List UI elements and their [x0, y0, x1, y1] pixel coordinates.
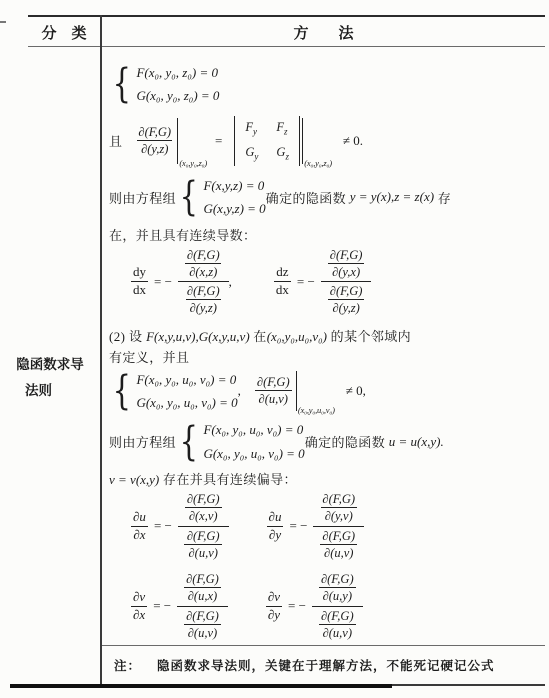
lhs-fraction: ∂v ∂y [266, 589, 282, 624]
equation-F0: F(x₀, y₀, u₀, v₀) = 0 [136, 368, 237, 391]
note-text: 隐函数求导法则，关键在于理解方法，不能死记硬记公式 [157, 656, 495, 674]
jacobian-numerator: ∂(F,G) [134, 124, 175, 140]
nested-fraction: ∂(F,G)∂(x,v) ∂(F,G)∂(u,v) [178, 490, 229, 562]
equals-minus: = − [297, 274, 315, 290]
note-label: 注： [114, 656, 141, 674]
header-category: 分 类 [28, 22, 100, 43]
lhs-fraction: dz dx [274, 264, 291, 299]
equals-minus: = − [289, 518, 307, 534]
jacobian-denominator: ∂(y,z) [137, 140, 172, 157]
table-top-border [28, 15, 545, 17]
jacobian-fraction-uv: ∂(F,G) ∂(u,v) [253, 374, 294, 408]
jacobian-condition-1: 且 ∂(F,G) ∂(y,z) (x₀,y₀,z₀) = Fy Fz Gy Gz… [109, 116, 545, 166]
evaluation-bar: (x₀,y₀,u₀,v₀) [296, 371, 335, 411]
brace-system: { F(x₀, y₀, z₀) = 0 G(x₀, y₀, z₀) = 0 [109, 61, 219, 108]
partial-du-dy: ∂u ∂y = − ∂(F,G)∂(y,v) ∂(F,G)∂(u,v) [267, 490, 365, 562]
lhs-fraction: ∂v ∂x [131, 589, 147, 624]
det-cell-Gy: Gy [245, 145, 258, 162]
nested-fraction: ∂(F,G)∂(y,v) ∂(F,G)∂(u,v) [313, 490, 364, 562]
conclusion-1: 则由方程组 { F(x,y,z) = 0 G(x,y,z) = 0 确定的隐函数… [109, 174, 545, 221]
part2-intro: (2) 设 F(x,y,u,v),G(x,y,u,v) 在(x₀,y₀,u₀,v… [109, 326, 545, 345]
equation-F0: F(x₀, y₀, u₀, v₀) = 0 [203, 418, 304, 441]
equals-minus: = − [153, 598, 171, 614]
brace-system: { F(x₀, y₀, u₀, v₀) = 0 G(x₀, y₀, u₀, v₀… [176, 418, 305, 465]
continuity-sentence-1: 在，并且具有连续导数： [109, 225, 545, 244]
category-cell: 隐函数求导 法则 [0, 352, 100, 403]
nonzero-condition: ≠ 0. [343, 133, 363, 149]
outer-numerator: ∂(F,G) ∂(x,z) [178, 246, 229, 282]
equation-F: F(x,y,z) = 0 [203, 174, 265, 197]
table-bottom-border-right [392, 684, 545, 686]
nested-fraction: ∂(F,G) ∂(y,x) ∂(F,G) ∂(y,z) [321, 246, 372, 318]
partial-dv-dx: ∂v ∂x = − ∂(F,G)∂(u,x) ∂(F,G)∂(u,v) [131, 570, 228, 642]
table-bottom-border-left [10, 684, 392, 688]
equals-minus: = − [154, 518, 172, 534]
nested-fraction: ∂(F,G)∂(u,x) ∂(F,G)∂(u,v) [177, 570, 228, 642]
implicit-functions-expr: y = y(x),z = z(x) [350, 189, 434, 205]
inner-fraction: ∂(F,G) ∂(x,z) [183, 247, 224, 281]
evaluation-point: (x₀,y₀,z₀) [179, 158, 207, 168]
evaluation-point: (x₀,y₀,z₀) [304, 158, 332, 168]
nonzero-condition: ≠ 0, [346, 383, 366, 399]
left-brace: { [113, 372, 131, 410]
jacobian-numerator: ∂(F,G) [253, 374, 294, 390]
det-cell-Fz: Fz [276, 120, 289, 137]
comma: , [238, 383, 241, 399]
evaluation-bar: (x₀,y₀,z₀) [177, 118, 207, 164]
vertical-bar [177, 118, 178, 164]
comma: , [229, 274, 232, 290]
system-initial-conditions: { F(x₀, y₀, z₀) = 0 G(x₀, y₀, z₀) = 0 [109, 61, 545, 108]
at-text: 在 [250, 329, 267, 344]
partial-derivatives-v: ∂v ∂x = − ∂(F,G)∂(u,x) ∂(F,G)∂(u,v) ∂v ∂… [131, 570, 545, 642]
outer-denominator: ∂(F,G) ∂(y,z) [321, 281, 372, 318]
equation-G0: G(x₀, y₀, z₀) = 0 [136, 84, 219, 107]
partial-du-dx: ∂u ∂x = − ∂(F,G)∂(x,v) ∂(F,G)∂(u,v) [131, 490, 229, 562]
function-v-expr: v = v(x,y) [109, 472, 159, 487]
equation-G0: G(x₀, y₀, u₀, v₀) = 0 [203, 442, 304, 465]
numerator: dz [274, 264, 290, 281]
det-cell-Gz: Gz [276, 145, 289, 162]
equation-G: G(x,y,z) = 0 [203, 197, 265, 220]
det-cell-Fy: Fy [245, 120, 258, 137]
inner-fraction: ∂(F,G) ∂(y,z) [183, 283, 224, 317]
vertical-bar [296, 371, 297, 411]
system-lines: F(x,y,z) = 0 G(x,y,z) = 0 [203, 174, 265, 221]
lhs-fraction: ∂u ∂x [131, 509, 148, 544]
inner-fraction: ∂(F,G) ∂(y,x) [326, 247, 367, 281]
lhs-fraction: ∂u ∂y [267, 509, 284, 544]
brace-system: { F(x₀, y₀, u₀, v₀) = 0 G(x₀, y₀, u₀, v₀… [109, 368, 238, 415]
derivative-dy-dx: dy dx = − ∂(F,G) ∂(x,z) ∂(F,G) ∂(y,z [131, 246, 232, 318]
part2-intro-line2: 有定义，并且 [109, 347, 545, 366]
exists-partial-text: 存在并具有连续偏导： [159, 472, 297, 487]
method-cell: { F(x₀, y₀, z₀) = 0 G(x₀, y₀, z₀) = 0 且 … [100, 47, 549, 645]
equals-sign: = [215, 133, 222, 149]
point-tuple: (x₀,y₀,u₀,v₀) [267, 329, 327, 344]
nested-fraction: ∂(F,G)∂(u,y) ∂(F,G)∂(u,v) [312, 570, 363, 642]
outer-denominator: ∂(F,G) ∂(y,z) [178, 281, 229, 318]
evaluation-bar: (x₀,y₀,z₀) [302, 118, 332, 164]
header-method: 方 法 [102, 22, 545, 43]
jacobian-denominator: ∂(u,v) [255, 390, 292, 407]
equals-minus: = − [154, 274, 172, 290]
determined-functions-text: 确定的隐函数 [266, 188, 350, 207]
left-brace: { [180, 178, 198, 216]
inner-fraction: ∂(F,G) ∂(y,z) [326, 283, 367, 317]
category-line2: 法则 [0, 378, 100, 404]
and-label: 且 [109, 131, 122, 150]
scanned-textbook-table: 分 类 方 法 隐函数求导 法则 { F(x₀, y₀, z₀) = 0 G(x… [0, 0, 549, 698]
evaluation-point: (x₀,y₀,u₀,v₀) [298, 405, 335, 415]
jacobian-condition-2: { F(x₀, y₀, u₀, v₀) = 0 G(x₀, y₀, u₀, v₀… [109, 368, 545, 415]
then-prefix: 则由方程组 [109, 188, 176, 207]
total-derivative-formulas: dy dx = − ∂(F,G) ∂(x,z) ∂(F,G) ∂(y,z [131, 246, 545, 318]
determinant-2x2: Fy Fz Gy Gz [234, 116, 300, 166]
neighborhood-text: 的某个邻域内 [327, 329, 411, 344]
continuity-sentence-2: v = v(x,y) 存在并具有连续偏导： [109, 469, 545, 488]
brace-system: { F(x,y,z) = 0 G(x,y,z) = 0 [176, 174, 266, 221]
scan-edge-mark [0, 21, 6, 23]
exists-text: 存 [434, 188, 451, 207]
determined-functions-text: 确定的隐函数 [305, 432, 389, 451]
jacobian-fraction-yz: ∂(F,G) ∂(y,z) [134, 124, 175, 158]
conclusion-2: 则由方程组 { F(x₀, y₀, u₀, v₀) = 0 G(x₀, y₀, … [109, 418, 545, 465]
left-brace: { [113, 65, 131, 103]
numerator: dy [131, 264, 148, 281]
system-lines: F(x₀, y₀, u₀, v₀) = 0 G(x₀, y₀, u₀, v₀) … [136, 368, 237, 415]
denominator: dx [131, 281, 148, 299]
derivative-dz-dx: dz dx = − ∂(F,G) ∂(y,x) ∂(F,G) ∂(y,z [274, 246, 372, 318]
partial-dv-dy: ∂v ∂y = − ∂(F,G)∂(u,y) ∂(F,G)∂(u,v) [266, 570, 363, 642]
denominator: dx [274, 281, 291, 299]
equation-G0: G(x₀, y₀, u₀, v₀) = 0 [136, 391, 237, 414]
part2-label: (2) 设 [109, 329, 146, 344]
functions-FG: F(x,y,u,v),G(x,y,u,v) [146, 329, 250, 344]
nested-fraction: ∂(F,G) ∂(x,z) ∂(F,G) ∂(y,z) [178, 246, 229, 318]
system-lines: F(x₀, y₀, z₀) = 0 G(x₀, y₀, z₀) = 0 [136, 61, 219, 108]
category-line1: 隐函数求导 [0, 352, 100, 378]
note-row: 注： 隐函数求导法则，关键在于理解方法，不能死记硬记公式 [100, 646, 549, 684]
implicit-function-u: u = u(x,y). [389, 434, 444, 450]
partial-derivatives-u: ∂u ∂x = − ∂(F,G)∂(x,v) ∂(F,G)∂(u,v) ∂u ∂… [131, 490, 545, 562]
then-prefix: 则由方程组 [109, 432, 176, 451]
outer-numerator: ∂(F,G) ∂(y,x) [321, 246, 372, 282]
equals-minus: = − [288, 598, 306, 614]
lhs-fraction: dy dx [131, 264, 148, 299]
system-lines: F(x₀, y₀, u₀, v₀) = 0 G(x₀, y₀, u₀, v₀) … [203, 418, 304, 465]
vertical-bar [302, 118, 303, 164]
left-brace: { [180, 423, 198, 461]
equation-F0: F(x₀, y₀, z₀) = 0 [136, 61, 219, 84]
